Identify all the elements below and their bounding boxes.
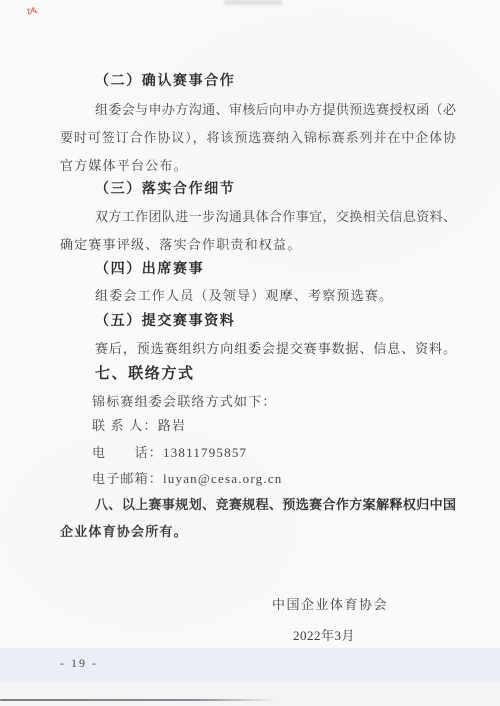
- paragraph-line: 组委会与申办方沟通、审核后向申办方提供预选赛授权函（必: [95, 102, 456, 118]
- signature-date: 2022年3月: [293, 628, 355, 644]
- page-number: - 19 -: [60, 655, 98, 671]
- closing-clause-line: 八、以上赛事规划、竞赛规程、预选赛合作方案解释权归中国: [95, 497, 456, 513]
- section-heading-4: （四）出席赛事: [95, 262, 204, 278]
- scanned-document-page: ᝰ （二）确认赛事合作 组委会与申办方沟通、审核后向申办方提供预选赛授权函（必 …: [0, 0, 500, 706]
- red-ink-mark-icon: ᝰ: [25, 4, 40, 18]
- scan-edge-line: [0, 699, 278, 701]
- paragraph-line: 赛后，预选赛组织方向组委会提交赛事数据、信息、资料。: [95, 341, 456, 357]
- contact-phone: 电 话：13811795857: [92, 445, 247, 461]
- section-heading-2: （二）确认赛事合作: [95, 74, 235, 90]
- paragraph-line: 确定赛事评级、落实合作职责和权益。: [60, 237, 301, 253]
- section-heading-3: （三）落实合作细节: [95, 182, 235, 198]
- paragraph-line: 要时可签订合作协议），将该预选赛纳入锦标赛系列并在中企体协: [60, 130, 456, 146]
- signature-organization: 中国企业体育协会: [272, 597, 388, 613]
- scan-smudge: [224, 0, 282, 5]
- closing-clause-line: 企业体育协会所有。: [60, 524, 188, 540]
- contact-intro: 锦标赛组委会联络方式如下：: [92, 394, 277, 410]
- scan-artifact-shade: [0, 682, 500, 706]
- paragraph-line: 组委会工作人员（及领导）观摩、考察预选赛。: [95, 288, 393, 304]
- contact-email: 电子邮箱：luyan@cesa.org.cn: [92, 471, 283, 487]
- paragraph-line: 官方媒体平台公布。: [60, 158, 188, 174]
- section-heading-7: 七、联络方式: [95, 366, 195, 382]
- section-heading-5: （五）提交赛事资料: [95, 314, 235, 330]
- paragraph-line: 双方工作团队进一步沟通具体合作事宜，交换相关信息资料、: [95, 209, 456, 225]
- contact-person: 联 系 人：路岩: [92, 418, 186, 434]
